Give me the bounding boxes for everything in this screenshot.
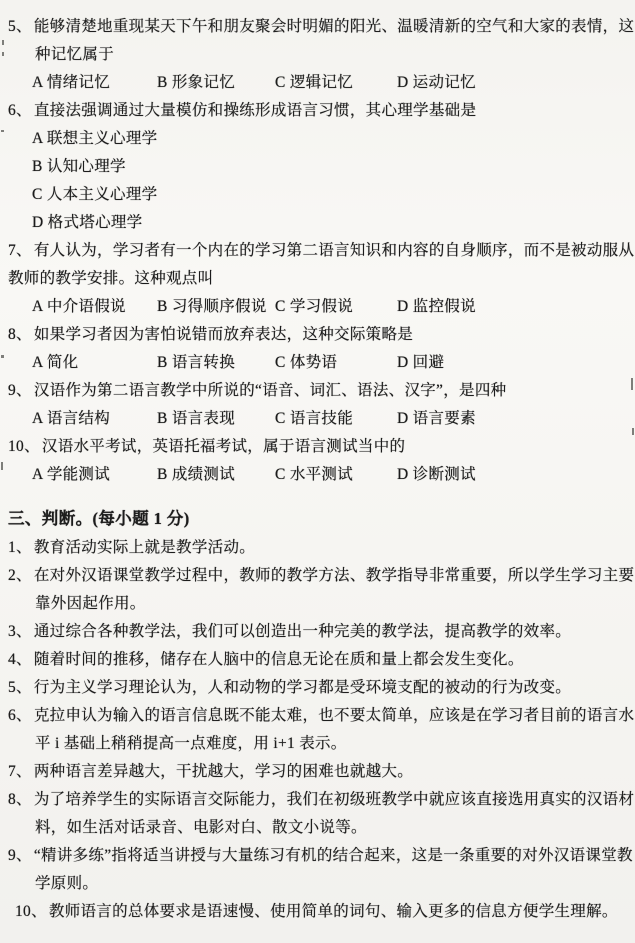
option-c: C 水平测试 — [275, 461, 397, 489]
section-heading: 三、判断。(每小题 1 分) — [8, 504, 631, 534]
item-text: 在对外汉语课堂教学过程中，教师的教学方法、教学指导非常重要，所以学生学习主要 — [34, 567, 634, 584]
option-b: B 形象记忆 — [157, 69, 275, 97]
question-text: 5、能够清楚地重现某天下午和朋友聚会时明媚的阳光、温暖清新的空气和大家的表情，这 — [8, 13, 631, 41]
judgment-item-4: 4、随着时间的推移，储存在人脑中的信息无论在质和量上都会发生变化。 — [8, 646, 631, 674]
options-row: A 语言结构B 语言表现C 语言技能D 语言要素 — [8, 405, 631, 433]
item-text: 克拉申认为输入的语言信息既不能太难，也不要太简单，应该是在学习者目前的语言水 — [34, 707, 634, 724]
judgment-item-9-line-2: 学原则。 — [8, 870, 631, 898]
question-number: 8、 — [8, 326, 34, 343]
option-b: B 语言表现 — [157, 405, 275, 433]
option-d: D 格式塔心理学 — [8, 209, 631, 237]
item-text: “精讲多练”指将适当讲授与大量练习有机的结合起来，这是一条重要的对外汉语课堂教 — [34, 847, 633, 864]
scan-artifact — [1, 355, 4, 358]
item-text: 随着时间的推移，储存在人脑中的信息无论在质和量上都会发生变化。 — [34, 651, 524, 668]
question-line-1: 如果学习者因为害怕说错而放弃表达，这种交际策略是 — [34, 326, 413, 343]
option-c: C 语言技能 — [275, 405, 397, 433]
judgment-item-8: 8、为了培养学生的实际语言交际能力，我们在初级班教学中就应该直接选用真实的汉语材 — [8, 786, 631, 814]
question-9: 9、汉语作为第二语言教学中所说的“语音、词汇、语法、汉字”，是四种 A 语言结构… — [8, 377, 631, 433]
options-row: A 中介语假说B 习得顺序假说C 学习假说D 监控假说 — [8, 293, 631, 321]
option-d: D 监控假说 — [397, 293, 476, 321]
item-text: 教师语言的总体要求是语速慢、使用简单的词句、输入更多的信息方便学生理解。 — [49, 903, 618, 920]
scan-artifact — [632, 428, 634, 435]
question-number: 6、 — [8, 102, 34, 119]
item-number: 10、 — [15, 903, 49, 920]
scan-artifact — [2, 40, 4, 45]
question-5: 5、能够清楚地重现某天下午和朋友聚会时明媚的阳光、温暖清新的空气和大家的表情，这… — [8, 13, 631, 97]
judgment-item-5: 5、行为主义学习理论认为，人和动物的学习都是受环境支配的被动的行为改变。 — [8, 674, 631, 702]
question-7: 7、有人认为，学习者有一个内在的学习第二语言知识和内容的自身顺序，而不是被动服从… — [8, 237, 631, 321]
item-number: 4、 — [8, 651, 34, 668]
question-line-1: 能够清楚地重现某天下午和朋友聚会时明媚的阳光、温暖清新的空气和大家的表情，这 — [34, 18, 634, 35]
judgment-item-6-line-2: 平 i 基础上稍稍提高一点难度，用 i+1 表示。 — [8, 730, 631, 758]
judgment-item-1: 1、教育活动实际上就是教学活动。 — [8, 534, 631, 562]
question-10: 10、汉语水平考试，英语托福考试，属于语言测试当中的 A 学能测试B 成绩测试C… — [8, 433, 631, 489]
option-d: D 语言要素 — [397, 405, 476, 433]
question-line-2: 教师的教学安排。这种观点叫 — [8, 265, 631, 293]
scan-artifact — [2, 52, 4, 56]
options-row: A 简化B 语言转换C 体势语D 回避 — [8, 349, 631, 377]
option-b: B 语言转换 — [157, 349, 275, 377]
options-row: A 情绪记忆B 形象记忆C 逻辑记忆D 运动记忆 — [8, 69, 631, 97]
item-number: 3、 — [8, 623, 34, 640]
judgment-item-2: 2、在对外汉语课堂教学过程中，教师的教学方法、教学指导非常重要，所以学生学习主要 — [8, 562, 631, 590]
question-8: 8、如果学习者因为害怕说错而放弃表达，这种交际策略是 A 简化B 语言转换C 体… — [8, 321, 631, 377]
option-a: A 语言结构 — [32, 405, 157, 433]
item-text: 为了培养学生的实际语言交际能力，我们在初级班教学中就应该直接选用真实的汉语材 — [34, 791, 634, 808]
option-a: A 简化 — [32, 349, 157, 377]
question-6: 6、直接法强调通过大量模仿和操练形成语言习惯，其心理学基础是 A 联想主义心理学… — [8, 97, 631, 237]
question-line-2: 种记忆属于 — [8, 41, 631, 69]
item-number: 6、 — [8, 707, 34, 724]
item-text: 通过综合各种教学法，我们可以创造出一种完美的教学法，提高教学的效率。 — [34, 623, 571, 640]
scan-artifact — [631, 378, 633, 390]
scan-artifact — [472, 106, 475, 109]
question-number: 5、 — [8, 18, 34, 35]
judgment-item-7: 7、两种语言差异越大，干扰越大，学习的困难也就越大。 — [8, 758, 631, 786]
option-c: C 体势语 — [275, 349, 397, 377]
question-number: 10、 — [8, 438, 42, 455]
item-number: 8、 — [8, 791, 34, 808]
question-number: 7、 — [8, 242, 34, 259]
judgment-item-6: 6、克拉申认为输入的语言信息既不能太难，也不要太简单，应该是在学习者目前的语言水 — [8, 702, 631, 730]
question-line-1: 汉语作为第二语言教学中所说的“语音、词汇、语法、汉字”，是四种 — [34, 382, 507, 399]
option-a: A 学能测试 — [32, 461, 157, 489]
option-a: A 联想主义心理学 — [8, 125, 631, 153]
question-line-1: 直接法强调通过大量模仿和操练形成语言习惯，其心理学基础是 — [34, 102, 476, 119]
item-text: 教育活动实际上就是教学活动。 — [34, 539, 255, 556]
judgment-item-10: 10、教师语言的总体要求是语速慢、使用简单的词句、输入更多的信息方便学生理解。 — [8, 898, 631, 926]
option-a: A 情绪记忆 — [32, 69, 157, 97]
option-d: D 回避 — [397, 349, 444, 377]
question-number: 9、 — [8, 382, 34, 399]
question-line-1: 有人认为，学习者有一个内在的学习第二语言知识和内容的自身顺序，而不是被动服从 — [34, 242, 634, 259]
scan-artifact — [1, 130, 4, 132]
item-text: 行为主义学习理论认为，人和动物的学习都是受环境支配的被动的行为改变。 — [34, 679, 571, 696]
item-number: 9、 — [8, 847, 34, 864]
question-text: 9、汉语作为第二语言教学中所说的“语音、词汇、语法、汉字”，是四种 — [8, 377, 631, 405]
item-number: 5、 — [8, 679, 34, 696]
item-number: 1、 — [8, 539, 34, 556]
judgment-item-8-line-2: 料，如生活对话录音、电影对白、散文小说等。 — [8, 814, 631, 842]
judgment-section: 三、判断。(每小题 1 分) 1、教育活动实际上就是教学活动。 2、在对外汉语课… — [8, 504, 631, 926]
item-number: 2、 — [8, 567, 34, 584]
option-b: B 习得顺序假说 — [157, 293, 275, 321]
option-b: B 成绩测试 — [157, 461, 275, 489]
question-text: 7、有人认为，学习者有一个内在的学习第二语言知识和内容的自身顺序，而不是被动服从 — [8, 237, 631, 265]
question-text: 10、汉语水平考试，英语托福考试，属于语言测试当中的 — [8, 433, 631, 461]
option-c: C 人本主义心理学 — [8, 181, 631, 209]
option-a: A 中介语假说 — [32, 293, 157, 321]
options-row: A 学能测试B 成绩测试C 水平测试D 诊断测试 — [8, 461, 631, 489]
judgment-item-3: 3、通过综合各种教学法，我们可以创造出一种完美的教学法，提高教学的效率。 — [8, 618, 631, 646]
judgment-item-2-line-2: 靠外因起作用。 — [8, 590, 631, 618]
question-text: 6、直接法强调通过大量模仿和操练形成语言习惯，其心理学基础是 — [8, 97, 631, 125]
question-line-1: 汉语水平考试，英语托福考试，属于语言测试当中的 — [42, 438, 405, 455]
option-c: C 学习假说 — [275, 293, 397, 321]
multiple-choice-section: 5、能够清楚地重现某天下午和朋友聚会时明媚的阳光、温暖清新的空气和大家的表情，这… — [8, 13, 631, 489]
judgment-item-9: 9、“精讲多练”指将适当讲授与大量练习有机的结合起来，这是一条重要的对外汉语课堂… — [8, 842, 631, 870]
option-c: C 逻辑记忆 — [275, 69, 397, 97]
option-d: D 诊断测试 — [397, 461, 476, 489]
item-text: 两种语言差异越大，干扰越大，学习的困难也就越大。 — [34, 763, 413, 780]
option-d: D 运动记忆 — [397, 69, 476, 97]
question-text: 8、如果学习者因为害怕说错而放弃表达，这种交际策略是 — [8, 321, 631, 349]
exam-scan-page: 5、能够清楚地重现某天下午和朋友聚会时明媚的阳光、温暖清新的空气和大家的表情，这… — [0, 0, 635, 943]
item-number: 7、 — [8, 763, 34, 780]
option-b: B 认知心理学 — [8, 153, 631, 181]
scan-artifact — [1, 462, 3, 470]
